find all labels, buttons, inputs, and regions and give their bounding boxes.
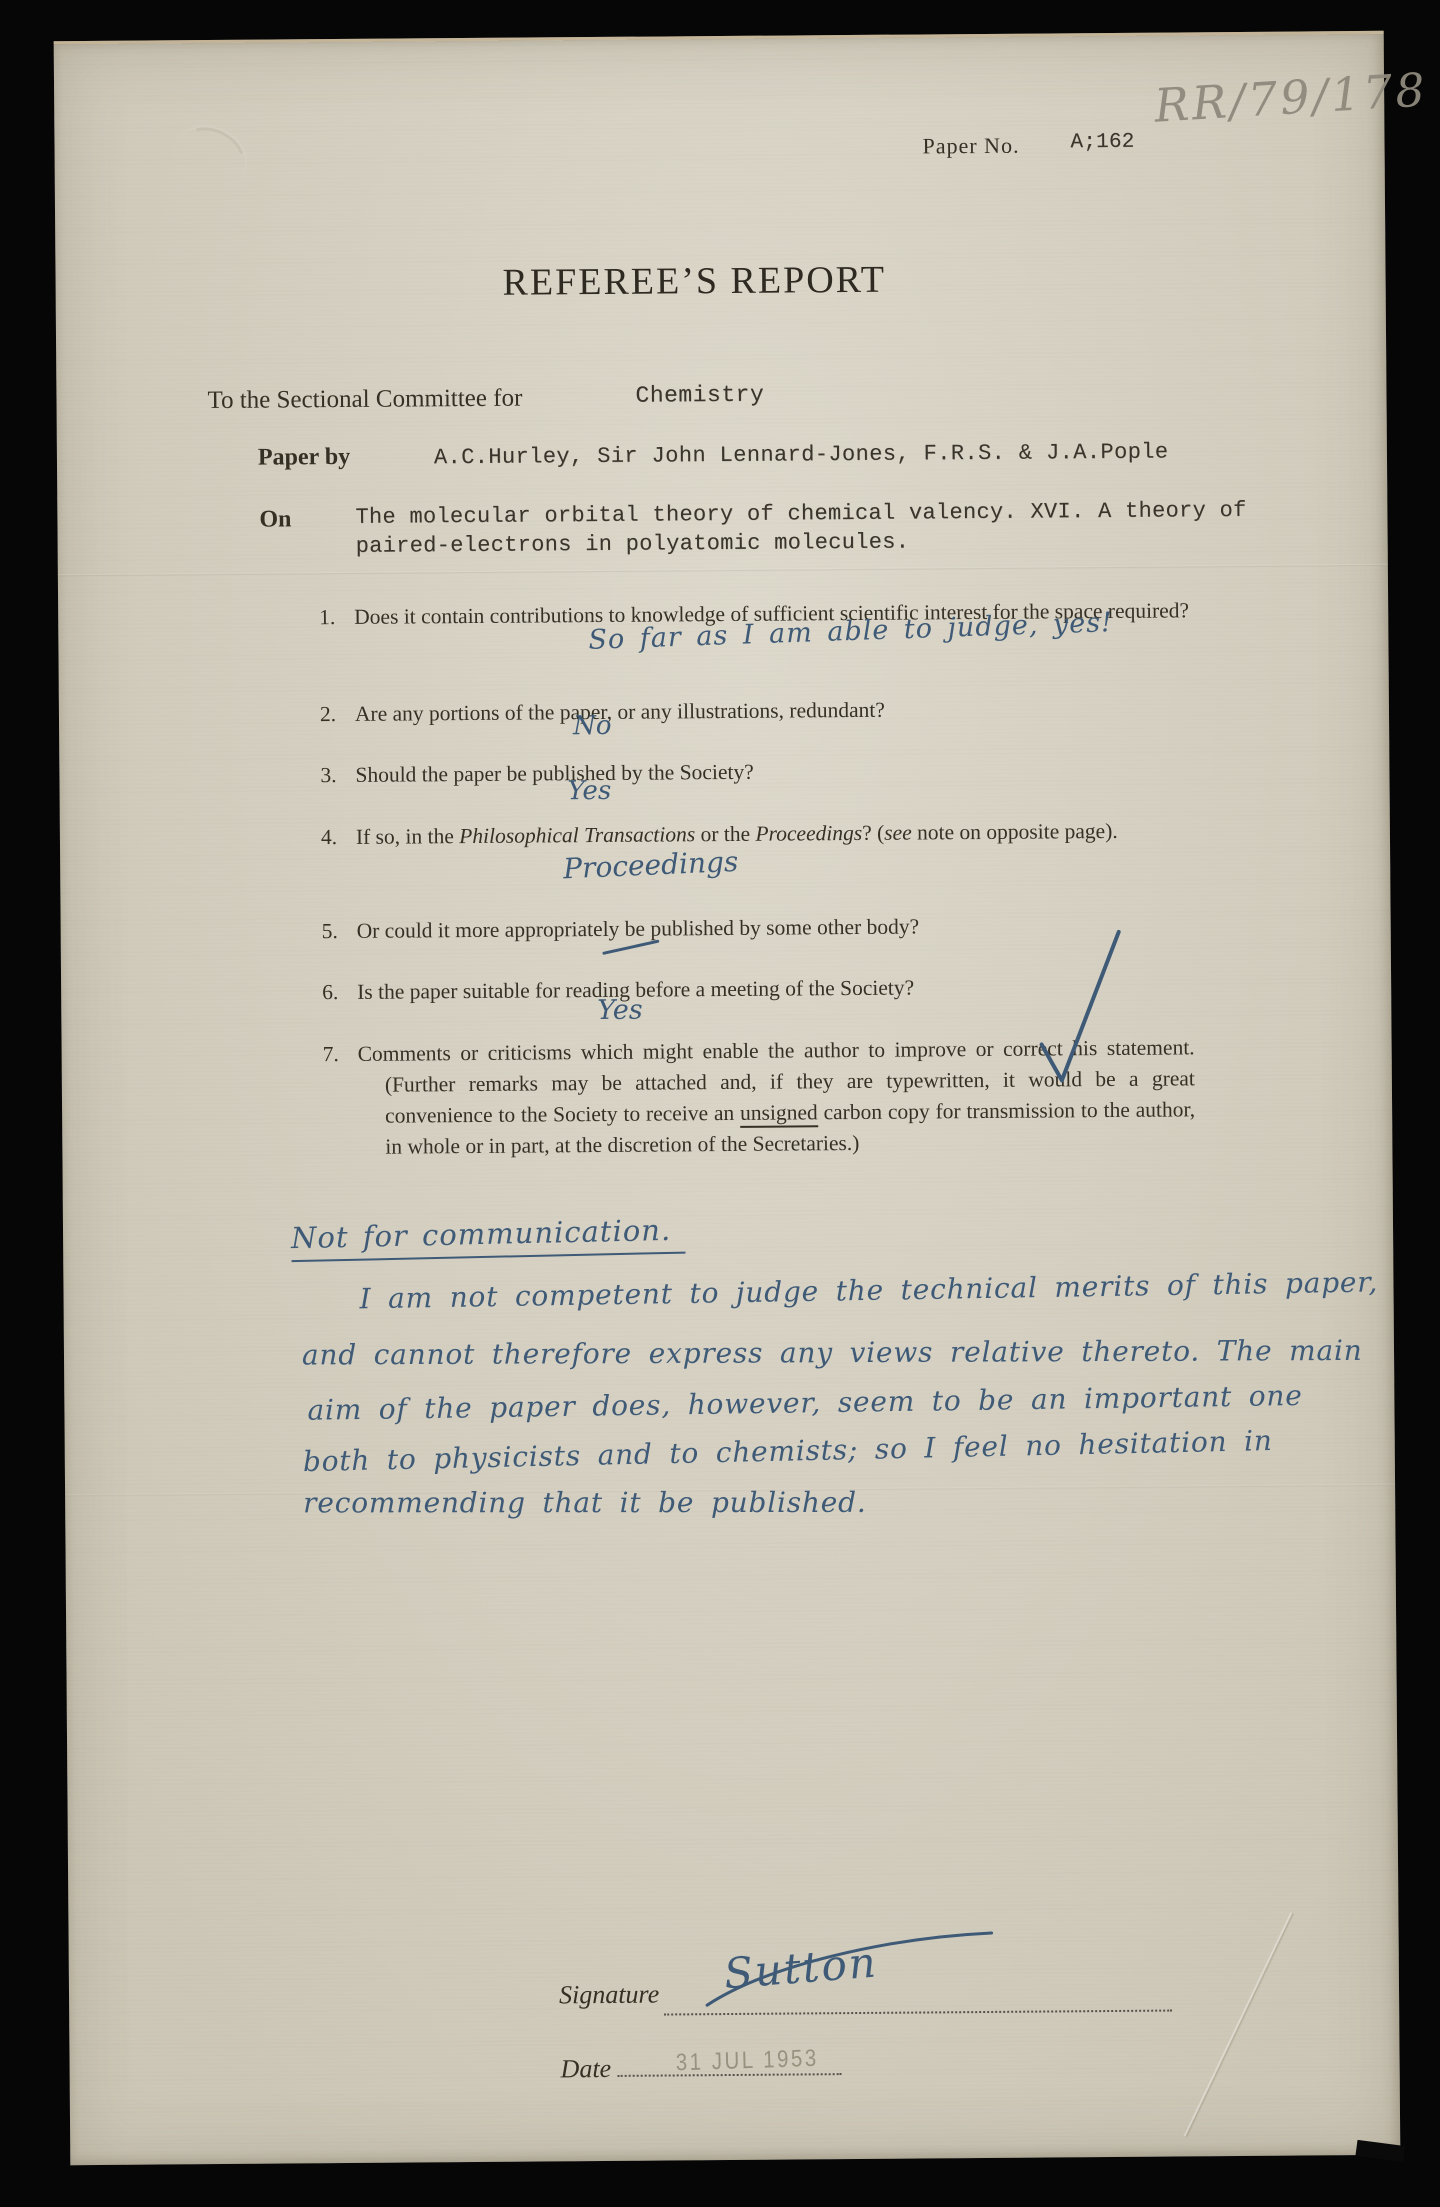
question-text-segment: Should the paper be published by the Soc… xyxy=(355,760,753,787)
archival-reference-pencil: RR/79/178 xyxy=(1153,62,1429,132)
question-text-segment: ? ( xyxy=(862,821,884,845)
question-item: 4.If so, in the Philosophical Transactio… xyxy=(321,815,1193,852)
question-text-segment: unsigned xyxy=(740,1100,818,1128)
paper-by-label: Paper by xyxy=(258,444,350,472)
question-text-segment: Or could it more appropriately be publis… xyxy=(357,914,920,942)
questions-list: 1.Does it contain contributions to knowl… xyxy=(54,34,1384,44)
question-item: 3.Should the paper be published by the S… xyxy=(320,753,1192,790)
paper-crease-horizontal xyxy=(58,564,1388,576)
torn-corner xyxy=(1355,2140,1405,2162)
question-number: 4. xyxy=(321,822,337,852)
question-text: Should the paper be published by the Soc… xyxy=(320,753,1192,790)
question-number: 1. xyxy=(319,602,335,632)
committee-label: To the Sectional Committee for xyxy=(207,385,522,415)
signature-label: Signature xyxy=(559,1980,659,2011)
question-text: If so, in the Philosophical Transactions… xyxy=(321,815,1193,852)
question-text-segment: Philosophical Transactions xyxy=(459,822,695,848)
comment-heading: Not for communication. xyxy=(291,1213,686,1263)
answer-question-4: Proceedings xyxy=(563,845,739,885)
question-text-segment: or the xyxy=(695,822,755,846)
paper-title-line2: paired-electrons in polyatomic molecules… xyxy=(356,530,910,559)
question-number: 3. xyxy=(320,760,336,790)
scan-background: RR/79/178 Paper No. A;162 REFEREE’S REPO… xyxy=(0,0,1440,2207)
comment-line: aim of the paper does, however, seem to … xyxy=(307,1379,1303,1427)
question-text-segment: If so, in the xyxy=(356,824,459,849)
question-text: Are any portions of the paper, or any il… xyxy=(320,692,1192,729)
question-number: 7. xyxy=(323,1039,339,1070)
question-text-segment: Are any portions of the paper, or any il… xyxy=(355,698,885,726)
comment-line: I am not competent to judge the technica… xyxy=(359,1265,1378,1315)
paper-crease-diagonal xyxy=(1184,1912,1293,2137)
paper-no-label: Paper No. xyxy=(922,133,1019,160)
comment-line: both to physicists and to chemists; so I… xyxy=(303,1424,1273,1478)
paper-no-value: A;162 xyxy=(1070,131,1134,155)
date-label: Date xyxy=(561,2054,612,2084)
question-item: 2.Are any portions of the paper, or any … xyxy=(320,692,1192,729)
question-text-segment: note on opposite page). xyxy=(912,819,1118,845)
answer-question-2: No xyxy=(573,711,612,741)
question-number: 2. xyxy=(320,699,336,729)
referee-report-page: RR/79/178 Paper No. A;162 REFEREE’S REPO… xyxy=(54,31,1401,2165)
report-title: REFEREE’S REPORT xyxy=(502,258,886,305)
referee-comments: I am not competent to judge the technica… xyxy=(54,34,1384,44)
committee-value: Chemistry xyxy=(635,382,764,409)
comment-line: recommending that it be published. xyxy=(303,1486,866,1519)
question-text-segment: see xyxy=(884,821,912,845)
question-number: 5. xyxy=(322,916,338,946)
question-number: 6. xyxy=(322,977,338,1007)
date-stamp: 31 JUL 1953 xyxy=(675,2045,819,2078)
embossed-mark xyxy=(165,116,256,201)
paper-on-label: On xyxy=(259,506,291,533)
question-text-segment: Proceedings xyxy=(755,821,862,846)
answer-question-3: Yes xyxy=(567,776,611,806)
answer-question-6: Yes xyxy=(597,995,643,1026)
checkmark-ink xyxy=(1037,926,1126,1099)
comment-line: and cannot therefore express any views r… xyxy=(302,1334,1363,1372)
paper-title-line1: The molecular orbital theory of chemical… xyxy=(355,498,1246,530)
paper-authors: A.C.Hurley, Sir John Lennard-Jones, F.R.… xyxy=(434,440,1169,471)
